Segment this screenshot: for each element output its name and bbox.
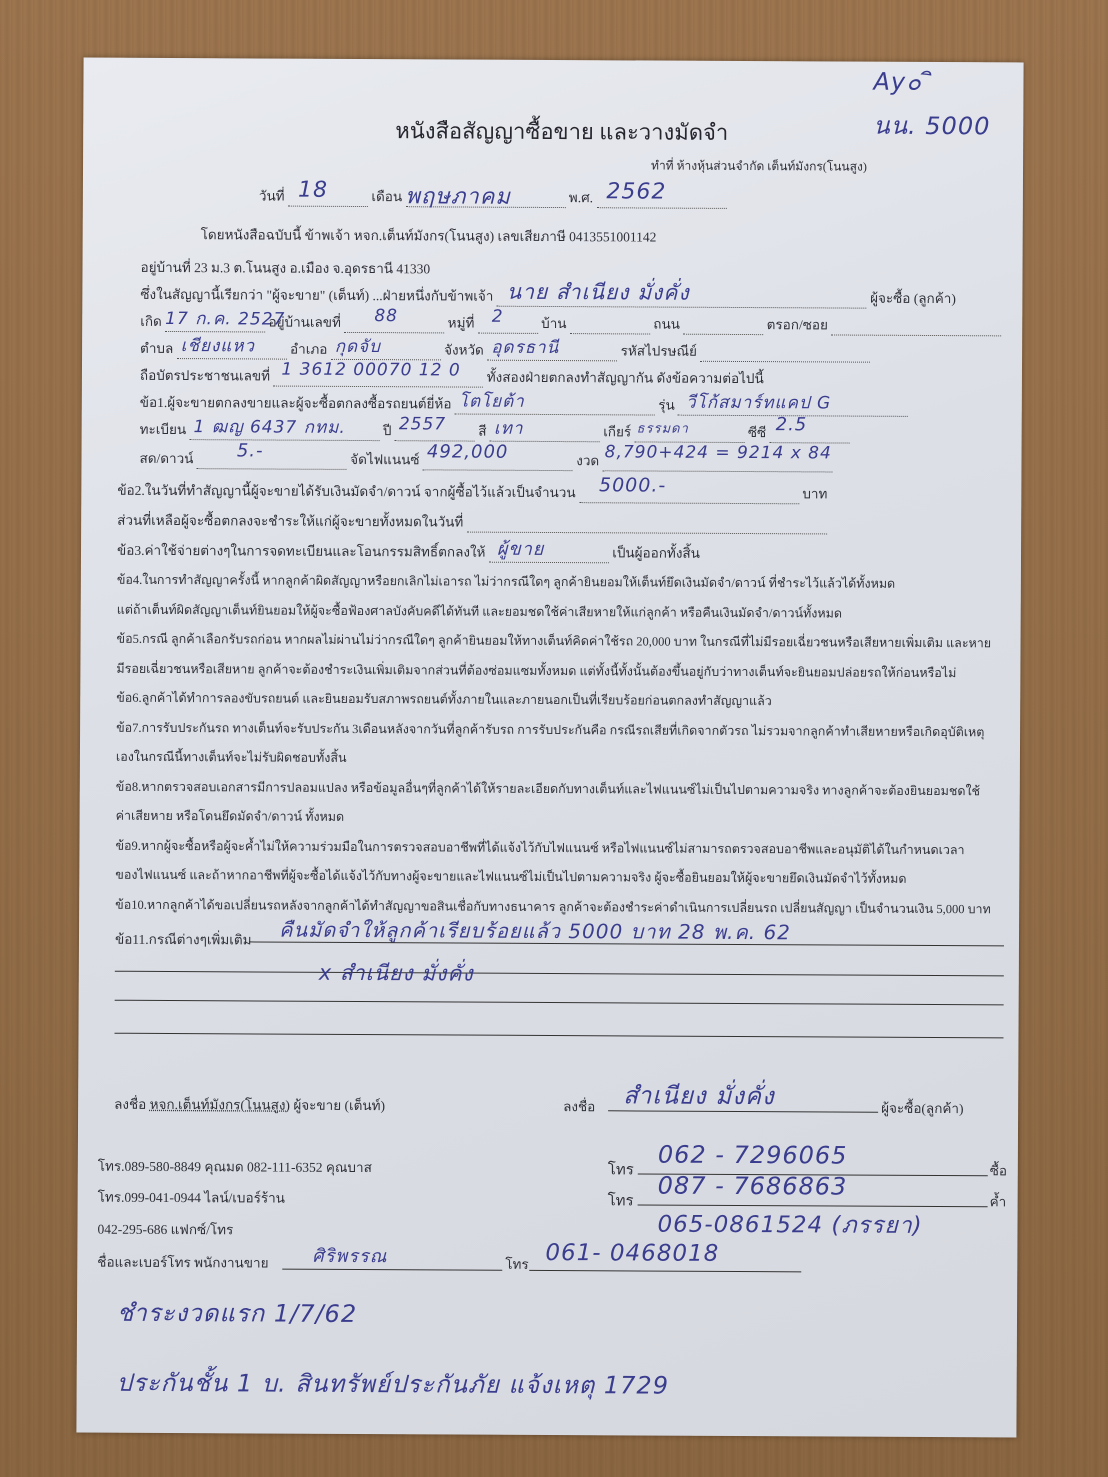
guarantor-phone-label: โทร <box>608 1188 634 1212</box>
color-value: เทา <box>494 415 524 442</box>
vehicle-year-field: 2557 <box>395 426 475 441</box>
village-field <box>570 319 650 334</box>
clause-line: ของไฟแนนซ์ และถ้าหากอาชีพที่ผู้จะซื้อได้… <box>115 861 995 895</box>
seller-address: อยู่บ้านที่ 23 ม.3 ต.โนนสูง อ.เมือง จ.อุ… <box>140 256 430 280</box>
village-label: บ้าน <box>541 316 566 331</box>
clause-2-label: ข้อ2.ในวันที่ทำสัญญานี้ผู้จะขายได้รับเงิ… <box>117 483 575 500</box>
guarantor-phone-suffix: ค้ำ <box>990 1190 1007 1212</box>
reg-value: 1 ฒญ 6437 กทม. <box>193 413 345 441</box>
buyer-phone-label: โทร <box>608 1157 634 1181</box>
postal-label: รหัสไปรษณีย์ <box>621 343 697 358</box>
clause-line: มีรอยเฉี่ยวชนหรือเสียหาย ลูกค้าจะต้องชำร… <box>116 654 996 688</box>
house-no-value: 88 <box>374 306 398 326</box>
province-field: อุดรธานี <box>487 346 617 362</box>
buyer-name-field: นาย สำเนียง มั่งคั่ง <box>497 292 867 309</box>
first-payment-note: ชำระงวดแรก 1/7/62 <box>117 1293 357 1333</box>
clause-3-row: ข้อ3.ค่าใช้จ่ายต่างๆในการจดทะเบียนและโอน… <box>117 539 700 564</box>
clause-line: ข้อ8.หากตรวจสอบเอกสารมีการปลอมแปลง หรือข… <box>116 772 996 806</box>
district-field: กุดจับ <box>331 345 441 361</box>
id-value: 1 3612 00070 12 0 <box>281 360 460 381</box>
salesperson-name: ศิริพรรณ <box>312 1241 387 1270</box>
born-field: 17 ก.ค. 2527 <box>165 317 265 333</box>
month-label: เดือน <box>371 189 402 204</box>
clause-line: ค่าเสียหาย หรือโดนยึดมัดจำ/ดาวน์ ทั้งหมด <box>116 802 996 836</box>
seller-sign-label: ลงชื่อ <box>114 1097 146 1112</box>
salesperson-phone-label: โทร <box>505 1253 529 1275</box>
moo-value: 2 <box>492 307 504 327</box>
down-field: 5.- <box>197 454 347 470</box>
clause-11-line-2: x สำเนียง มั่งคั่ง <box>319 957 474 991</box>
buyer-signature-value: สำเนียง มั่งคั่ง <box>623 1075 775 1115</box>
deposit-unit: บาท <box>802 486 827 501</box>
year-field: 2562 <box>596 193 726 209</box>
month-field: พฤษภาคม <box>405 192 565 208</box>
remaining-label: ส่วนที่เหลือผู้จะซื้อตกลงจะชำระให้แก่ผู้… <box>117 513 463 530</box>
buyer-phone-value: 062 - 7296065 <box>658 1141 848 1170</box>
reg-field: 1 ฒญ 6437 กทม. <box>189 425 379 441</box>
reg-label: ทะเบียน <box>140 422 187 437</box>
id-field: 1 3612 00070 12 0 <box>273 372 483 388</box>
guarantor-phone-value: 087 - 7686863 <box>658 1172 848 1201</box>
clause-3-suffix: เป็นผู้ออกทั้งสิ้น <box>612 545 700 560</box>
born-value: 17 ก.ค. 2527 <box>165 305 285 333</box>
seller-intro: โดยหนังสือฉบับนี้ ข้าพเจ้า หจก.เต็นท์มัง… <box>201 223 657 247</box>
day-label: วันที่ <box>259 188 285 203</box>
model-label: รุ่น <box>658 398 675 413</box>
seller-sign-value: หจก.เต็นท์มังกร(โนนสูง) <box>150 1097 290 1113</box>
born-label: เกิด <box>140 314 162 329</box>
vehicle-year-value: 2557 <box>399 414 446 434</box>
clause-line: ข้อ9.หากผู้จะซื้อหรือผู้จะค้ำไม่ให้ความร… <box>115 831 995 865</box>
id-label: ถือบัตรประชาชนเลขที่ <box>140 368 270 384</box>
extra-phone-value: 065-0861524 (ภรรยา) <box>657 1207 922 1244</box>
clauses-list: ข้อ4.ในการทำสัญญาครั้งนี้ หากลูกค้าผิดสั… <box>115 566 997 925</box>
made-at-label: ทำที่ <box>651 159 674 173</box>
district-label: อำเภอ <box>290 342 327 357</box>
date-row: วันที่ 18 เดือน พฤษภาคม พ.ศ. 2562 <box>259 184 727 208</box>
cc-value: 2.5 <box>776 414 808 435</box>
made-at-value: ห้างหุ้นส่วนจำกัด เต็นท์มังกร(โนนสูง) <box>677 159 867 174</box>
gear-value: ธรรมดา <box>637 417 689 438</box>
finance-value: 492,000 <box>427 441 509 462</box>
day-value: 18 <box>298 178 328 203</box>
clause-3-label: ข้อ3.ค่าใช้จ่ายต่างๆในการจดทะเบียนและโอน… <box>117 543 486 560</box>
road-field <box>683 320 763 335</box>
cc-label: ซีซี <box>748 425 766 440</box>
insurance-note: ประกันชั้น 1 บ. สินทรัพย์ประกันภัย แจ้งเ… <box>117 1363 670 1405</box>
month-value: พฤษภาคม <box>405 178 511 214</box>
province-value: อุดรธานี <box>491 334 559 361</box>
clause-11-label: ข้อ11.กรณีต่างๆเพิ่มเติม <box>115 928 252 951</box>
finance-label: จัดไฟแนนซ์ <box>350 452 419 467</box>
gear-label: เกียร์ <box>603 424 631 439</box>
soi-field <box>831 320 1001 336</box>
clause-11-rule-4 <box>114 1033 1003 1039</box>
clause-11-rule-2 <box>115 971 1004 977</box>
district-value: กุดจับ <box>335 333 381 360</box>
deposit-value: 5000.- <box>599 474 666 496</box>
clause-11-rule-3 <box>115 1000 1004 1006</box>
seller-contact-2: โทร.099-041-0944 ไลน์/เบอร์ร้าน <box>98 1186 285 1209</box>
installment-field: 8,790+424 = 9214 x 84 <box>603 456 833 472</box>
contract-paper: Ay๐ ิ นน. 5000 หนังสือสัญญาซื้อขาย และวา… <box>76 58 1023 1438</box>
buyer-role: ผู้จะซื้อ(ลูกค้า) <box>881 1097 964 1119</box>
color-field: เทา <box>490 427 600 443</box>
cc-field: 2.5 <box>770 428 850 443</box>
clause-line: ข้อ7.การรับประกันรถ ทางเต็นท์จะรับประกัน… <box>116 713 996 747</box>
buyer-address-row-2: ตำบล เชียงแหว อำเภอ กุดจับ จังหวัด อุดรธ… <box>140 337 870 363</box>
year-value: 2562 <box>606 179 666 204</box>
remaining-row: ส่วนที่เหลือผู้จะซื้อตกลงจะชำระให้แก่ผู้… <box>117 509 827 535</box>
salesperson-phone-line <box>529 1270 801 1272</box>
salesperson-label: ชื่อและเบอร์โทร พนักงานขาย <box>97 1251 268 1274</box>
seller-role: ผู้จะขาย (เต็นท์) <box>293 1098 385 1113</box>
soi-label: ตรอก/ซอย <box>767 317 828 332</box>
buyer-signature-label: ลงชื่อ <box>563 1095 595 1117</box>
installment-value: 8,790+424 = 9214 x 84 <box>605 442 832 463</box>
subdistrict-field: เชียงแหว <box>177 344 287 360</box>
day-field: 18 <box>288 192 368 207</box>
province-label: จังหวัด <box>444 342 484 357</box>
deposit-field: 5000.- <box>579 488 799 504</box>
gear-field: ธรรมดา <box>634 427 744 443</box>
down-label: สด/ดาวน์ <box>139 451 193 466</box>
brand-field: โตโยต้า <box>455 399 655 415</box>
remaining-field <box>467 518 827 535</box>
moo-field: 2 <box>478 319 538 334</box>
postal-field <box>700 347 870 363</box>
corner-note-amount: นน. 5000 <box>873 106 990 146</box>
seller-contact-3: 042-295-686 แฟกซ์/โทร <box>97 1218 233 1241</box>
fee-payer-field: ผู้ขาย <box>489 548 609 564</box>
seller-contact-1: โทร.089-580-8849 คุณมด 082-111-6352 คุณบ… <box>98 1155 372 1178</box>
house-no-field: 88 <box>344 318 444 334</box>
vehicle-year-label: ปี <box>383 423 392 438</box>
road-label: ถนน <box>653 317 680 332</box>
year-label: พ.ศ. <box>569 190 593 205</box>
brand-value: โตโยต้า <box>459 388 525 415</box>
clause-line: ข้อ6.ลูกค้าได้ทำการลองขับรถยนต์ และยินยอ… <box>116 684 996 718</box>
buyer-address-row-1: เกิด 17 ก.ค. 2527 อยู่บ้านเลขที่ 88 หมู่… <box>140 310 1001 337</box>
down-value: 5.- <box>237 440 264 461</box>
id-row: ถือบัตรประชาชนเลขที่ 1 3612 00070 12 0 ท… <box>140 364 764 389</box>
model-value: วีโก้สมาร์ทแคป G <box>686 389 831 417</box>
clause-line: ข้อ4.ในการทำสัญญาครั้งนี้ หากลูกค้าผิดสั… <box>117 566 997 600</box>
finance-field: 492,000 <box>423 455 573 471</box>
fee-payer-value: ผู้ขาย <box>497 534 545 563</box>
clause-1-label: ข้อ1.ผู้จะขายตกลงขายและผู้จะซื้อตกลงซื้อ… <box>140 395 452 412</box>
subdistrict-value: เชียงแหว <box>181 332 255 359</box>
clause-line: เองในกรณีนี้ทางเต็นท์จะไม่รับผิดชอบทั้งส… <box>116 743 996 777</box>
installment-label: งวด <box>576 453 599 468</box>
corner-note-code: Ay๐ ิ <box>873 62 931 101</box>
buyer-intro-label: ซึ่งในสัญญานี้เรียกว่า "ผู้จะขาย" (เต็นท… <box>140 287 493 304</box>
moo-label: หมู่ที่ <box>448 315 475 330</box>
id-suffix: ทั้งสองฝ่ายตกลงทำสัญญากัน ดังข้อความต่อไ… <box>487 370 764 386</box>
clauses-block: ข้อ4.ในการทำสัญญาครั้งนี้ หากลูกค้าผิดสั… <box>115 566 997 925</box>
color-label: สี <box>478 424 486 439</box>
clause-2-row: ข้อ2.ในวันที่ทำสัญญานี้ผู้จะขายได้รับเงิ… <box>117 479 827 505</box>
buyer-role-label: ผู้จะซื้อ (ลูกค้า) <box>870 291 956 306</box>
vehicle-price-row: สด/ดาวน์ 5.- จัดไฟแนนซ์ 492,000 งวด 8,79… <box>139 447 832 473</box>
made-at: ทำที่ ห้างหุ้นส่วนจำกัด เต็นท์มังกร(โนนส… <box>651 157 867 177</box>
buyer-name-value: นาย สำเนียง มั่งคั่ง <box>507 276 690 310</box>
seller-signature: ลงชื่อ หจก.เต็นท์มังกร(โนนสูง) ผู้จะขาย … <box>114 1093 385 1116</box>
clause-line: ข้อ5.กรณี ลูกค้าเลือกรับรถก่อน หากผลไม่ผ… <box>116 625 996 659</box>
document-title: หนังสือสัญญาซื้อขาย และวางมัดจำ <box>395 113 728 150</box>
clause-line: แต่ถ้าเต็นท์ผิดสัญญาเต็นท์ยินยอมให้ผู้จะ… <box>117 595 997 629</box>
buyer-phone-suffix: ซื้อ <box>990 1159 1007 1181</box>
subdistrict-label: ตำบล <box>140 341 173 356</box>
salesperson-phone: 061- 0468018 <box>545 1240 719 1267</box>
